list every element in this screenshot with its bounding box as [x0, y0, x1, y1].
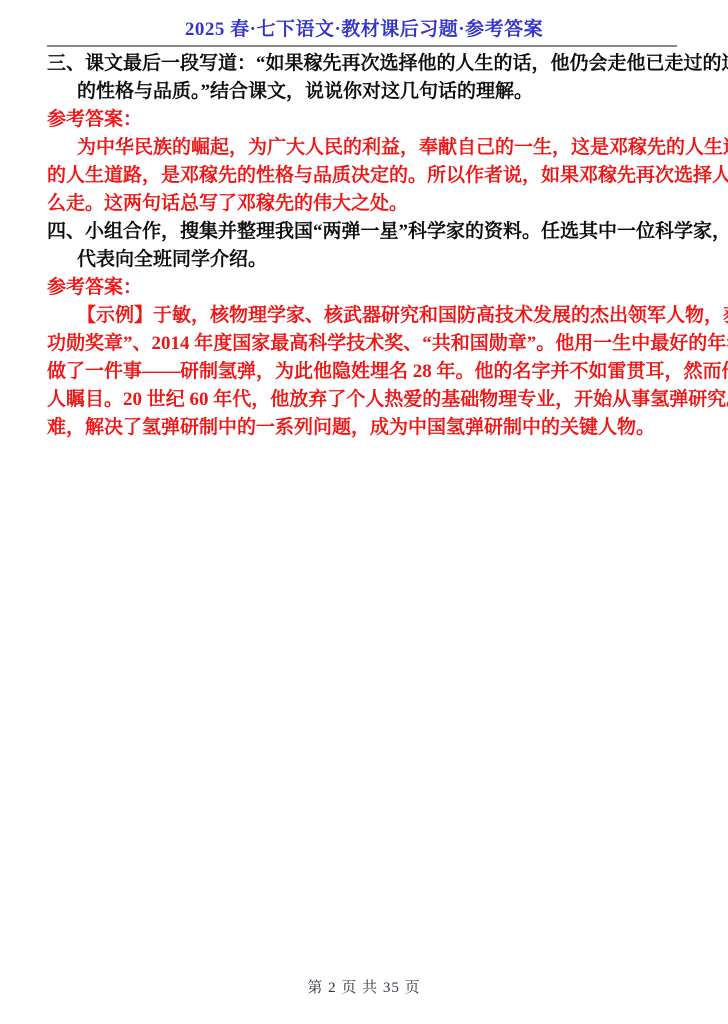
- answer-4-line: 人瞩目。20 世纪 60 年代，他放弃了个人热爱的基础物理专业，开始从事氢弹研究…: [47, 386, 687, 414]
- answer-4-line: 难，解决了氢弹研制中的一系列问题，成为中国氢弹研制中的关键人物。: [47, 414, 687, 442]
- answer-4-line: 【示例】于敏，核物理学家、核武器研究和国防高技术发展的杰出领军人物，获“两弹一星: [47, 302, 687, 330]
- page-number: 第 2 页 共 35 页: [307, 980, 420, 996]
- question-4-line: 四、小组合作，搜集并整理我国“两弹一星”科学家的资料。任选其中一位科学家，由小组…: [47, 218, 687, 246]
- page-footer: 第 2 页 共 35 页: [0, 976, 728, 997]
- answer-4-line: 功勋奖章”、2014 年度国家最高科学技术奖、“共和国勋章”。他用一生中最好的年…: [47, 330, 687, 358]
- answer-3-line: 的人生道路，是邓稼先的性格与品质决定的。所以作者说，如果邓稼先再次选择人生，他还…: [47, 162, 687, 190]
- answer-4-line: 做了一件事——研制氢弹，为此他隐姓埋名 28 年。他的名字并不如雷贯耳，然而他的…: [47, 358, 687, 386]
- header-divider: [47, 45, 677, 47]
- page-header: 2025 春·七下语文·教材课后习题·参考答案: [0, 14, 728, 41]
- question-4-line: 代表向全班同学介绍。: [47, 246, 687, 274]
- header-title: 2025 春·七下语文·教材课后习题·参考答案: [185, 19, 543, 40]
- question-3-line: 的性格与品质。”结合课文，说说你对这几句话的理解。: [47, 78, 687, 106]
- question-3-line: 三、课文最后一段写道：“如果稼先再次选择他的人生的话，他仍会走他已走过的道路。这…: [47, 50, 687, 78]
- answer-label: 参考答案：: [47, 274, 687, 302]
- content-area: 三、课文最后一段写道：“如果稼先再次选择他的人生的话，他仍会走他已走过的道路。这…: [47, 50, 687, 442]
- answer-3-line: 么走。这两句话总写了邓稼先的伟大之处。: [47, 190, 687, 218]
- answer-label: 参考答案：: [47, 106, 687, 134]
- answer-3-line: 为中华民族的崛起，为广大人民的利益，奉献自己的一生，这是邓稼先的人生选择。走这样: [47, 134, 687, 162]
- document-page: 2025 春·七下语文·教材课后习题·参考答案 三、课文最后一段写道：“如果稼先…: [0, 0, 728, 1024]
